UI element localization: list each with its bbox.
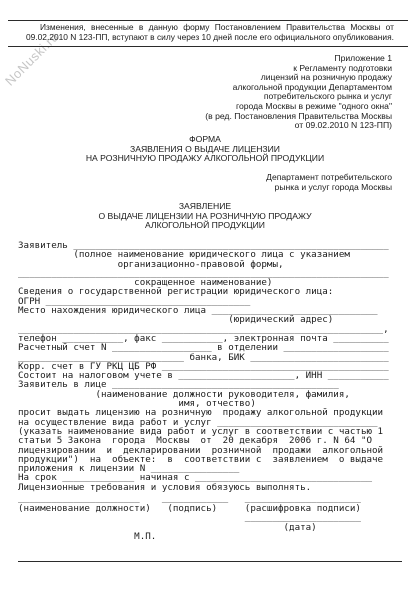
scanned-document-page: NoNuski.ru Изменения, внесенные в данную…	[0, 0, 420, 600]
amendment-notice: Изменения, внесенные в данную форму Пост…	[8, 20, 408, 47]
signature-section: ______________________ ____________ ____…	[18, 494, 361, 542]
appendix-reference: Приложение 1 к Регламенту подготовки лиц…	[205, 54, 392, 131]
department-name: Департамент потребительского рынка и усл…	[266, 173, 392, 192]
application-form-text: Заявитель ______________________________…	[18, 241, 389, 492]
statement-title: ЗАЯВЛЕНИЕ О ВЫДАЧЕ ЛИЦЕНЗИИ НА РОЗНИЧНУЮ…	[0, 202, 410, 231]
form-title: ФОРМА ЗАЯВЛЕНИЯ О ВЫДАЧЕ ЛИЦЕНЗИИ НА РОЗ…	[0, 135, 410, 164]
bottom-divider	[18, 561, 402, 562]
